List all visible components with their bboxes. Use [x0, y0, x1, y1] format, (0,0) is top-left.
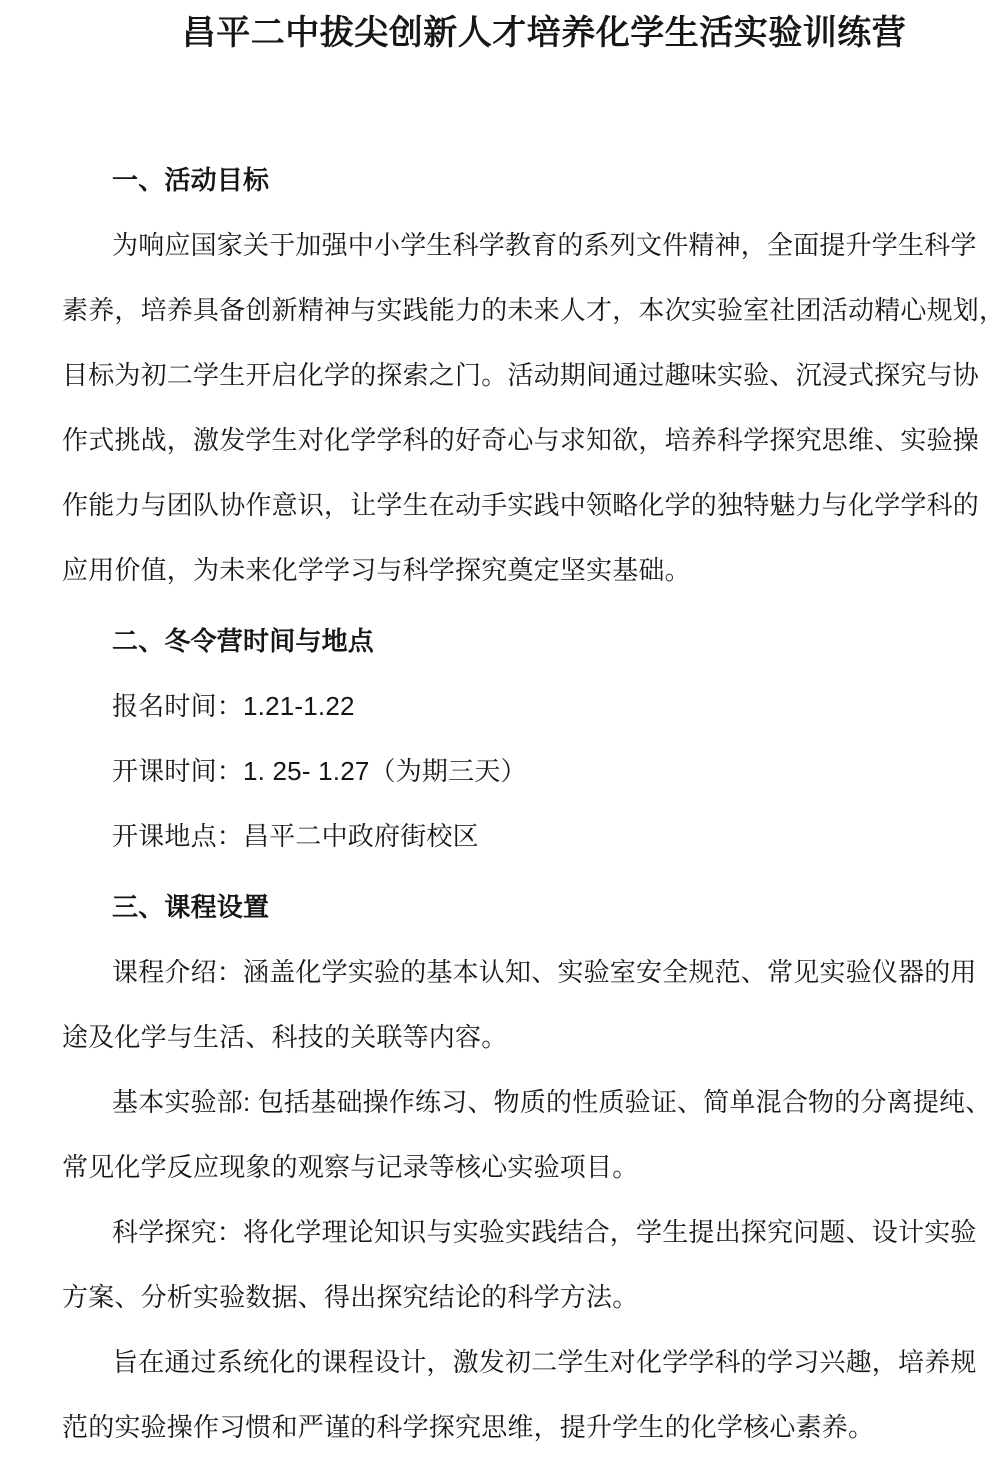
paragraph-line: 应用价值，为未来化学学习与科学探究奠定坚实基础。 [62, 538, 958, 603]
paragraph-line: 为响应国家关于加强中小学生科学教育的系列文件精神，全面提升学生科学 [62, 213, 958, 278]
paragraph-line: 范的实验操作习惯和严谨的科学探究思维，提升学生的化学核心素养。 [62, 1395, 958, 1460]
paragraph-line: 常见化学反应现象的观察与记录等核心实验项目。 [62, 1135, 958, 1200]
paragraph-line: 途及化学与生活、科技的关联等内容。 [62, 1005, 958, 1070]
paragraph-line: 科学探究：将化学理论知识与实验实践结合，学生提出探究问题、设计实验 [62, 1200, 958, 1265]
paragraph-line: 旨在通过系统化的课程设计，激发初二学生对化学学科的学习兴趣，培养规 [62, 1330, 958, 1395]
document-page: 昌平二中拔尖创新人才培养化学生活实验训练营 一、活动目标 为响应国家关于加强中小… [0, 0, 1008, 1460]
paragraph-line: 素养，培养具备创新精神与实践能力的未来人才，本次实验室社团活动精心规划， [62, 278, 958, 343]
paragraph-line: 作能力与团队协作意识，让学生在动手实践中领略化学的独特魅力与化学学科的 [62, 473, 958, 538]
document-title: 昌平二中拔尖创新人才培养化学生活实验训练营 [62, 6, 958, 60]
line-signup-time: 报名时间：1.21-1.22 [62, 674, 958, 739]
heading-course-setup: 三、课程设置 [62, 875, 958, 940]
line-class-location: 开课地点：昌平二中政府街校区 [62, 804, 958, 869]
paragraph-line: 方案、分析实验数据、得出探究结论的科学方法。 [62, 1265, 958, 1330]
line-class-time: 开课时间：1. 25- 1.27（为期三天） [62, 739, 958, 804]
paragraph-line: 基本实验部: 包括基础操作练习、物质的性质验证、简单混合物的分离提纯、 [62, 1070, 958, 1135]
paragraph-line: 课程介绍：涵盖化学实验的基本认知、实验室安全规范、常见实验仪器的用 [62, 940, 958, 1005]
paragraph-line: 作式挑战，激发学生对化学学科的好奇心与求知欲，培养科学探究思维、实验操 [62, 408, 958, 473]
heading-camp-time-location: 二、冬令营时间与地点 [62, 609, 958, 674]
heading-activity-goals: 一、活动目标 [62, 148, 958, 213]
paragraph-line: 目标为初二学生开启化学的探索之门。活动期间通过趣味实验、沉浸式探究与协 [62, 343, 958, 408]
